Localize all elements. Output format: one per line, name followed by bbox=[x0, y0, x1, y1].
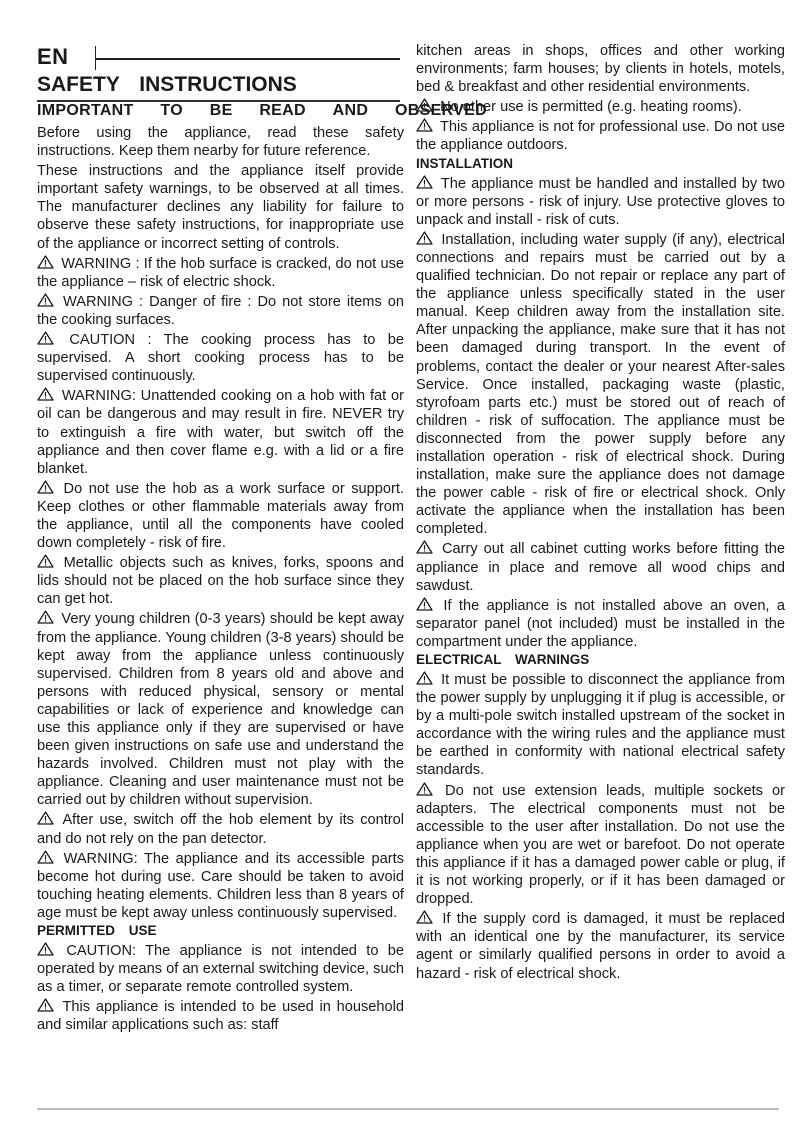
warning-triangle-icon bbox=[37, 387, 54, 401]
warning-paragraph: WARNING: The appliance and its accessibl… bbox=[37, 850, 404, 922]
manual-page: EN SAFETY INSTRUCTIONS IMPORTANT TO BE R… bbox=[0, 0, 802, 1134]
warning-paragraph: This appliance is intended to be used in… bbox=[37, 998, 404, 1034]
warning-paragraph: WARNING: Unattended cooking on a hob wit… bbox=[37, 387, 404, 477]
paragraph: kitchen areas in shops, offices and othe… bbox=[416, 42, 785, 96]
warning-triangle-icon bbox=[416, 98, 433, 112]
warning-triangle-icon bbox=[37, 480, 54, 494]
paragraph-text: No other use is permitted (e.g. heating … bbox=[440, 99, 742, 115]
warning-paragraph: WARNING : Danger of fire : Do not store … bbox=[37, 293, 404, 329]
footer-divider bbox=[37, 1108, 779, 1110]
header-divider-horizontal bbox=[95, 58, 400, 60]
section-heading: PERMITTED USE bbox=[37, 922, 404, 940]
warning-triangle-icon bbox=[416, 231, 433, 245]
paragraph-text: CAUTION : The cooking process has to be … bbox=[37, 332, 404, 384]
left-column: Before using the appliance, read these s… bbox=[37, 124, 404, 1035]
warning-paragraph: It must be possible to disconnect the ap… bbox=[416, 671, 785, 780]
warning-paragraph: Do not use the hob as a work surface or … bbox=[37, 480, 404, 552]
subtitle-word: READ bbox=[259, 101, 306, 121]
warning-triangle-icon bbox=[416, 782, 433, 796]
warning-triangle-icon bbox=[416, 910, 433, 924]
section-heading: ELECTRICAL WARNINGS bbox=[416, 651, 785, 669]
paragraph-text: If the supply cord is damaged, it must b… bbox=[416, 911, 785, 981]
paragraph-text: Very young children (0-3 years) should b… bbox=[37, 611, 404, 808]
subtitle-word: BE bbox=[210, 101, 233, 121]
warning-paragraph: After use, switch off the hob element by… bbox=[37, 811, 404, 847]
warning-triangle-icon bbox=[416, 118, 433, 132]
warning-paragraph: This appliance is not for professional u… bbox=[416, 118, 785, 154]
paragraph-text: Metallic objects such as knives, forks, … bbox=[37, 555, 404, 607]
paragraph-text: Carry out all cabinet cutting works befo… bbox=[416, 541, 785, 593]
paragraph-text: CAUTION: The appliance is not intended t… bbox=[37, 943, 404, 995]
paragraph-text: The appliance must be handled and instal… bbox=[416, 176, 785, 228]
warning-triangle-icon bbox=[416, 540, 433, 554]
subtitle-word: IMPORTANT bbox=[37, 101, 134, 121]
warning-triangle-icon bbox=[37, 811, 54, 825]
warning-paragraph: If the appliance is not installed above … bbox=[416, 597, 785, 651]
section-heading: INSTALLATION bbox=[416, 155, 785, 173]
paragraph-text: These instructions and the appliance its… bbox=[37, 163, 404, 251]
paragraph-text: It must be possible to disconnect the ap… bbox=[416, 672, 785, 778]
warning-paragraph: Very young children (0-3 years) should b… bbox=[37, 610, 404, 809]
warning-paragraph: The appliance must be handled and instal… bbox=[416, 175, 785, 229]
paragraph-text: kitchen areas in shops, offices and othe… bbox=[416, 43, 785, 95]
warning-triangle-icon bbox=[37, 850, 54, 864]
warning-paragraph: CAUTION : The cooking process has to be … bbox=[37, 331, 404, 385]
warning-paragraph: Metallic objects such as knives, forks, … bbox=[37, 554, 404, 608]
warning-paragraph: WARNING : If the hob surface is cracked,… bbox=[37, 255, 404, 291]
language-code: EN bbox=[37, 44, 69, 70]
page-title: SAFETY INSTRUCTIONS bbox=[37, 72, 297, 98]
paragraph: These instructions and the appliance its… bbox=[37, 162, 404, 252]
warning-paragraph: No other use is permitted (e.g. heating … bbox=[416, 98, 785, 116]
subtitle-word: AND bbox=[333, 101, 369, 121]
warning-triangle-icon bbox=[416, 175, 433, 189]
warning-triangle-icon bbox=[37, 942, 54, 956]
warning-triangle-icon bbox=[37, 331, 54, 345]
paragraph-text: This appliance is intended to be used in… bbox=[37, 999, 404, 1033]
warning-paragraph: Carry out all cabinet cutting works befo… bbox=[416, 540, 785, 594]
paragraph-text: Do not use extension leads, multiple soc… bbox=[416, 783, 785, 908]
paragraph-text: This appliance is not for professional u… bbox=[416, 119, 785, 153]
warning-triangle-icon bbox=[37, 255, 54, 269]
warning-paragraph: If the supply cord is damaged, it must b… bbox=[416, 910, 785, 982]
paragraph: Before using the appliance, read these s… bbox=[37, 124, 404, 160]
paragraph-text: WARNING: The appliance and its accessibl… bbox=[37, 851, 404, 921]
warning-paragraph: Installation, including water supply (if… bbox=[416, 231, 785, 539]
warning-triangle-icon bbox=[37, 998, 54, 1012]
paragraph-text: Before using the appliance, read these s… bbox=[37, 125, 404, 159]
warning-triangle-icon bbox=[37, 554, 54, 568]
paragraph-text: Do not use the hob as a work surface or … bbox=[37, 481, 404, 551]
warning-paragraph: CAUTION: The appliance is not intended t… bbox=[37, 942, 404, 996]
subtitle-word: TO bbox=[160, 101, 183, 121]
warning-triangle-icon bbox=[37, 293, 54, 307]
paragraph-text: After use, switch off the hob element by… bbox=[37, 812, 404, 846]
warning-triangle-icon bbox=[37, 610, 54, 624]
warning-triangle-icon bbox=[416, 671, 433, 685]
paragraph-text: WARNING : Danger of fire : Do not store … bbox=[37, 294, 404, 328]
right-column: kitchen areas in shops, offices and othe… bbox=[416, 42, 785, 983]
paragraph-text: Installation, including water supply (if… bbox=[416, 232, 785, 538]
paragraph-text: If the appliance is not installed above … bbox=[416, 598, 785, 650]
paragraph-text: WARNING: Unattended cooking on a hob wit… bbox=[37, 388, 404, 476]
warning-triangle-icon bbox=[416, 597, 433, 611]
warning-paragraph: Do not use extension leads, multiple soc… bbox=[416, 782, 785, 909]
paragraph-text: WARNING : If the hob surface is cracked,… bbox=[37, 256, 404, 290]
